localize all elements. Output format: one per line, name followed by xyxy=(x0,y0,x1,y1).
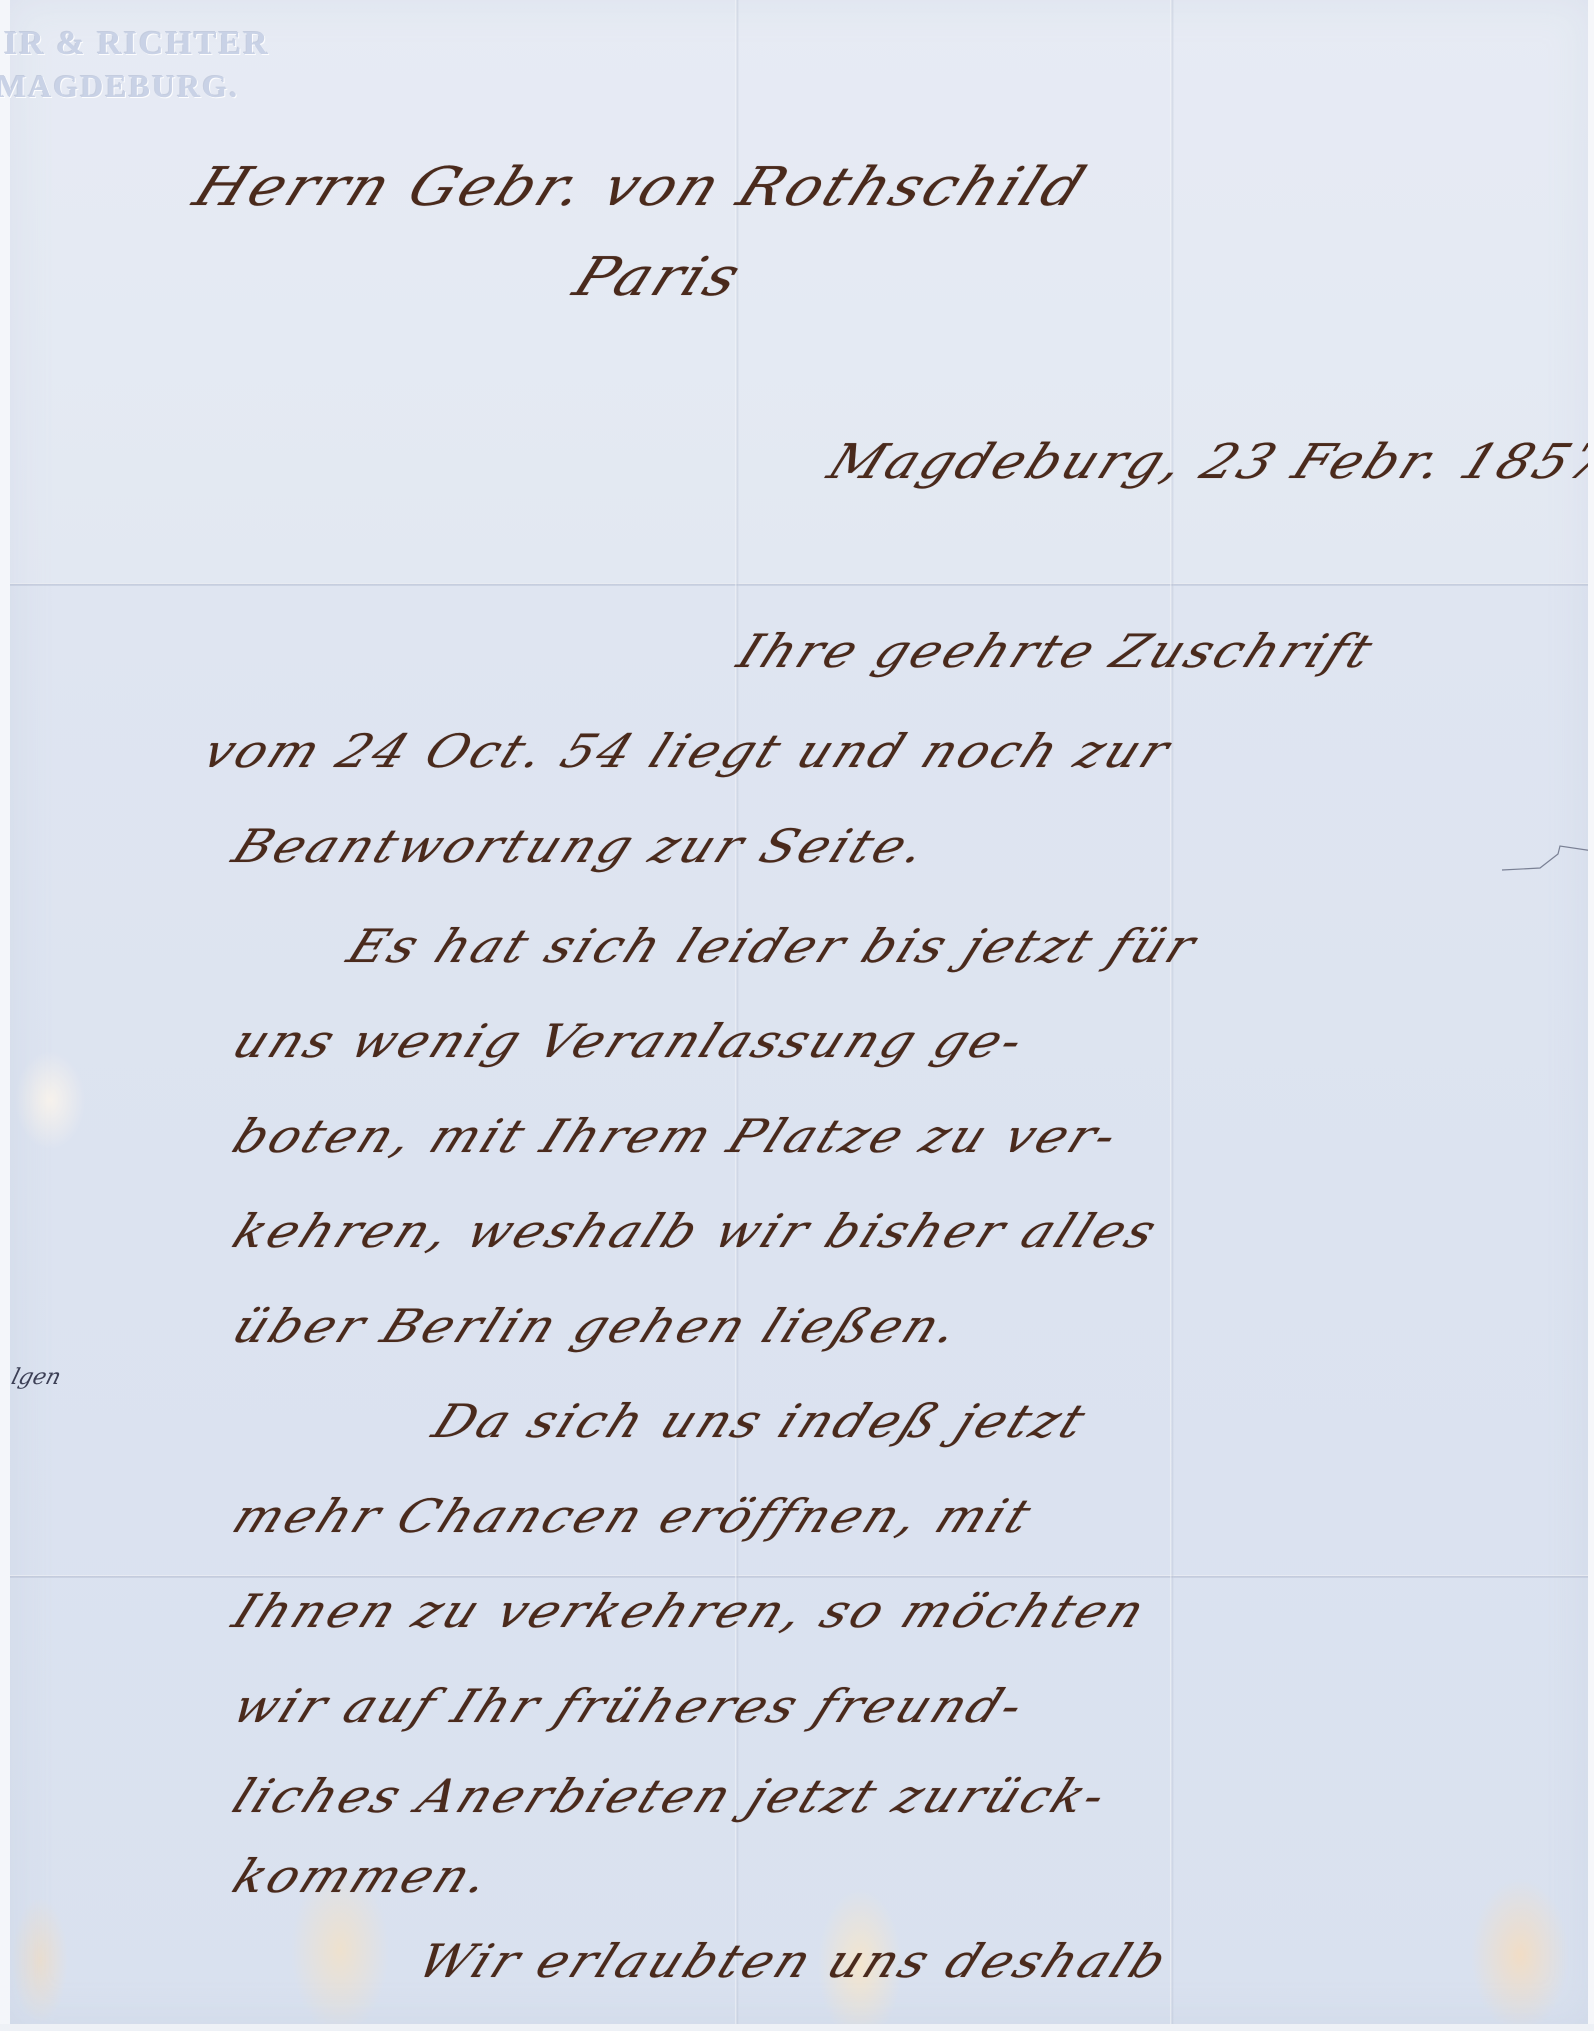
letterhead-city: MAGDEBURG. xyxy=(0,66,270,106)
body-line: kommen. xyxy=(225,1850,500,1903)
scan-edge-right xyxy=(1588,0,1594,2031)
horizontal-fold-line xyxy=(10,1575,1590,1578)
body-line: vom 24 Oct. 54 liegt und noch zur xyxy=(195,725,1180,778)
body-line: uns wenig Veranlassung ge- xyxy=(225,1015,1034,1068)
body-line: über Berlin gehen ließen. xyxy=(225,1300,970,1353)
vertical-fold-line xyxy=(1170,0,1174,2024)
body-line: Ihnen zu verkehren, so möchten xyxy=(225,1585,1155,1638)
recipient-line: Herrn Gebr. von Rothschild xyxy=(185,155,1097,218)
scan-edge-bottom xyxy=(0,2024,1594,2031)
body-line: mehr Chancen eröffnen, mit xyxy=(225,1490,1042,1543)
body-line: wir auf Ihr früheres freund- xyxy=(225,1680,1034,1733)
body-line: Ihre geehrte Zuschrift xyxy=(730,625,1383,678)
body-line: Beantwortung zur Seite. xyxy=(225,820,937,873)
letterhead-firm: IR & RICHTER xyxy=(4,22,270,66)
body-line: kehren, weshalb wir bisher alles xyxy=(225,1205,1167,1258)
body-line: Wir erlaubten uns deshalb xyxy=(410,1935,1177,1988)
pencil-scribble-icon xyxy=(1500,840,1594,880)
horizontal-fold-line xyxy=(10,583,1590,586)
body-line: liches Anerbieten jetzt zurück- xyxy=(225,1770,1117,1823)
letter-page: IR & RICHTER MAGDEBURG. Herrn Gebr. von … xyxy=(10,0,1590,2024)
body-line: Es hat sich leider bis jetzt für xyxy=(340,920,1206,973)
body-line: Da sich uns indeß jetzt xyxy=(425,1395,1096,1448)
embossed-letterhead: IR & RICHTER MAGDEBURG. xyxy=(10,22,270,106)
recipient-city: Paris xyxy=(565,245,752,308)
margin-annotation: lgen xyxy=(9,1365,64,1390)
dateline: Magdeburg, 23 Febr. 1857 xyxy=(820,435,1594,490)
body-line: boten, mit Ihrem Platze zu ver- xyxy=(225,1110,1128,1163)
